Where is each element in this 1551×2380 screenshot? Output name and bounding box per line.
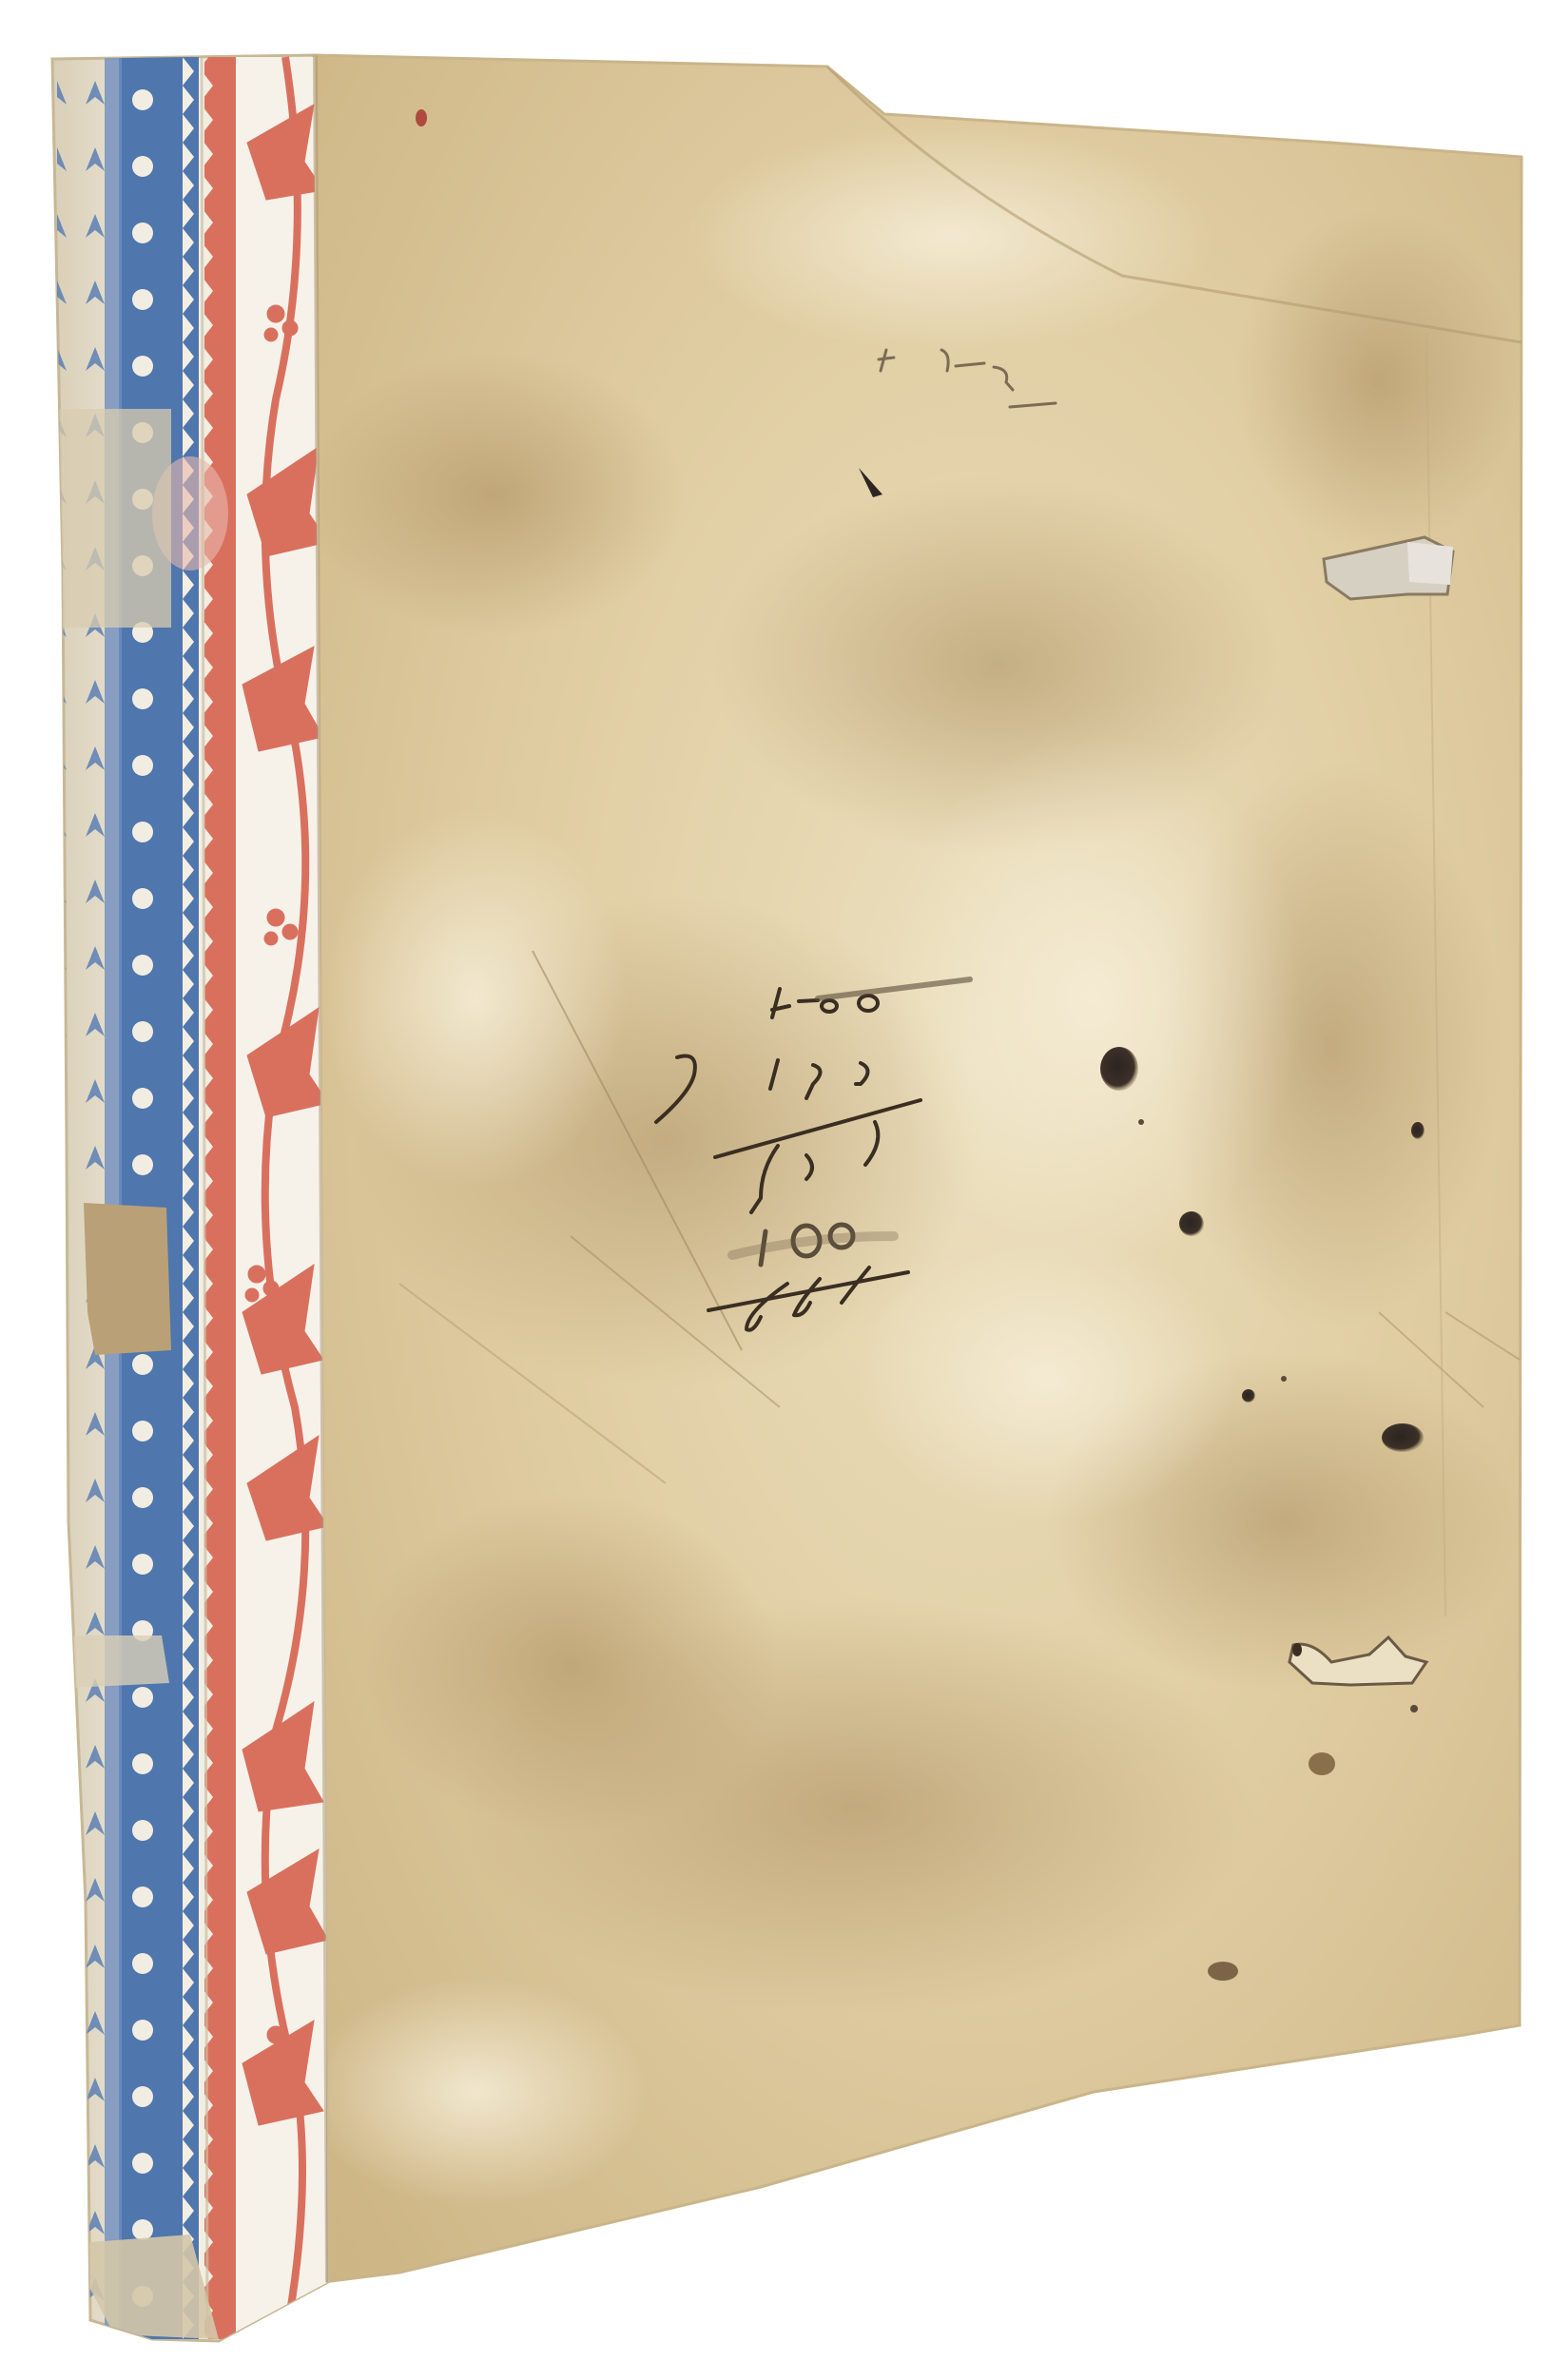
front-cover	[304, 55, 1522, 2282]
decorated-paper-spine	[52, 55, 328, 2341]
exposed-board	[84, 1203, 171, 1355]
blue-hatch-band	[105, 57, 122, 2339]
red-spot	[416, 109, 427, 126]
book-photo	[0, 0, 1551, 2380]
photo-stage: Antique book in limp vellum binding with…	[0, 0, 1551, 2380]
